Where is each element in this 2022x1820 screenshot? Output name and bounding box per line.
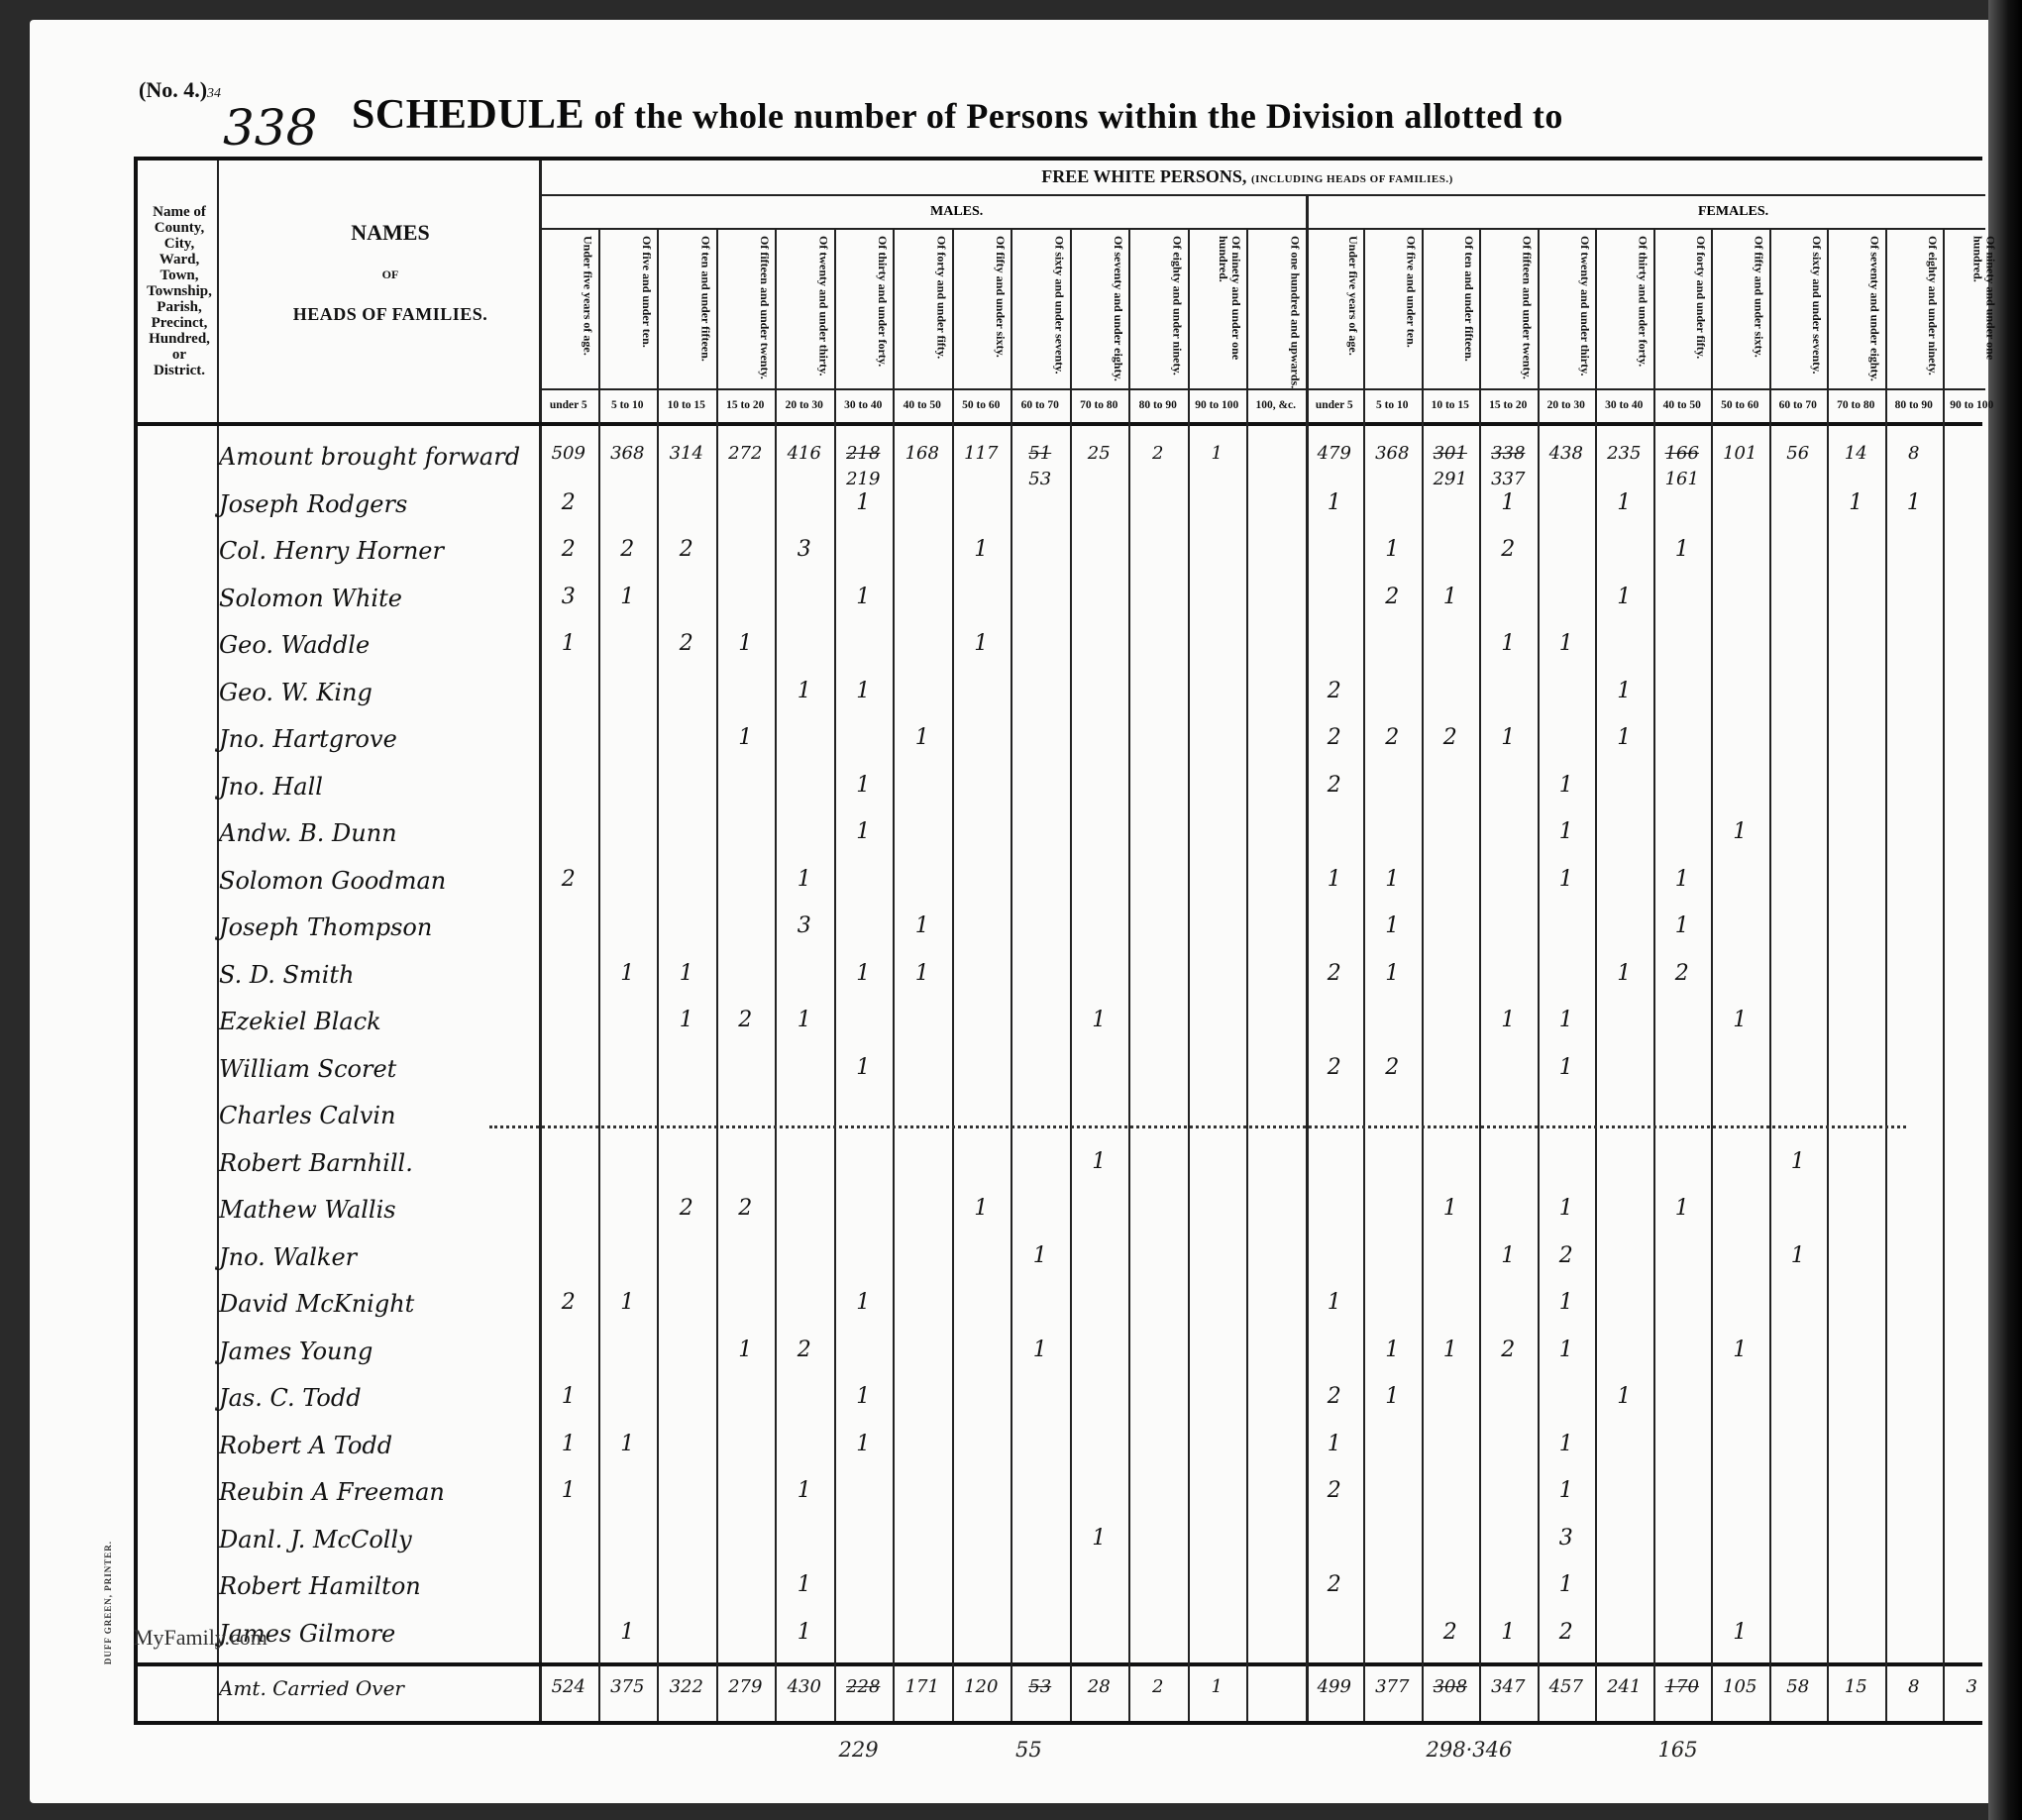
males-column-desc: Of thirty and under forty. [838, 232, 890, 392]
females-count-cell: 1 [1827, 490, 1885, 515]
head-of-family-name: Robert Barnhill. [219, 1149, 413, 1177]
head-of-family-name: Reubin A Freeman [219, 1478, 445, 1506]
females-count-cell: 166 [1653, 443, 1712, 464]
males-count-cell: 1 [775, 867, 834, 892]
head-of-family-name: Geo. Waddle [219, 631, 370, 659]
males-count-cell: 1 [834, 679, 894, 703]
males-count-cell: 1 [539, 1384, 598, 1409]
males-count-cell: 218 [834, 443, 894, 464]
males-column-desc: Of fifteen and under twenty. [720, 232, 772, 392]
females-column-desc: Of sixty and under seventy. [1773, 232, 1824, 392]
females-column-desc: Of ninety and under one hundred. [1947, 232, 1997, 392]
males-count-cell: 1 [893, 961, 952, 986]
head-of-family-name: S. D. Smith [219, 961, 354, 989]
females-column-desc: Of fifty and under sixty. [1715, 232, 1765, 392]
males-total-cell: 375 [598, 1676, 658, 1697]
males-column-desc: Of eighty and under ninety. [1132, 232, 1184, 392]
free-white-persons-header: FREE WHITE PERSONS, (INCLUDING HEADS OF … [534, 166, 1961, 187]
females-count-cell: 1 [1885, 490, 1944, 515]
females-column-desc: Of forty and under fifty. [1657, 232, 1708, 392]
males-count-cell: 1 [598, 1432, 658, 1456]
females-column-desc: Of fifteen and under twenty. [1483, 232, 1534, 392]
females-count-cell: 1 [1711, 1338, 1769, 1362]
males-count-cell: 2 [539, 867, 598, 892]
head-of-family-name: Andw. B. Dunn [219, 819, 397, 847]
females-count-cell: 1 [1479, 1008, 1538, 1032]
head-of-family-name: David McKnight [219, 1290, 414, 1318]
head-of-family-name: Danl. J. McColly [219, 1526, 412, 1553]
males-count-cell: 2 [539, 537, 598, 562]
males-count-cell: 1 [834, 773, 894, 798]
males-count-cell: 272 [716, 443, 776, 464]
females-count-cell: 56 [1769, 443, 1828, 464]
females-count-cell: 1 [1538, 1478, 1596, 1503]
females-count-cell: 1 [1479, 725, 1538, 750]
females-age-range: 30 to 40 [1595, 390, 1653, 420]
males-column-desc: Of ninety and under one hundred. [1192, 232, 1243, 392]
females-age-range: 15 to 20 [1479, 390, 1538, 420]
females-count-cell: 1 [1538, 1055, 1596, 1080]
males-count-cell: 2 [657, 631, 716, 656]
males-age-range: under 5 [539, 390, 598, 420]
females-count-cell: 368 [1363, 443, 1422, 464]
females-count-cell: 2 [1422, 725, 1480, 750]
column-divider [1246, 228, 1248, 1721]
males-count-cell: 1 [539, 1432, 598, 1456]
males-count-cell: 1 [834, 1432, 894, 1456]
amount-carried-over-label: Amt. Carried Over [219, 1676, 404, 1700]
males-total-cell: 1 [1188, 1676, 1247, 1697]
females-count-cell: 1 [1595, 585, 1653, 609]
head-of-family-name: Jno. Walker [219, 1243, 357, 1271]
females-age-range: 20 to 30 [1538, 390, 1596, 420]
males-count-cell: 1 [834, 490, 894, 515]
males-count-cell: 2 [598, 537, 658, 562]
females-age-range: 70 to 80 [1827, 390, 1885, 420]
females-age-range: 90 to 100 [1943, 390, 2001, 420]
males-count-cell: 2 [657, 537, 716, 562]
males-count-cell: 2 [716, 1196, 776, 1221]
males-count-cell: 1 [539, 631, 598, 656]
head-of-family-name: Joseph Thompson [219, 913, 432, 941]
column-divider [1943, 228, 1945, 1721]
head-of-family-name: Jno. Hall [219, 773, 323, 801]
males-count-cell: 368 [598, 443, 658, 464]
females-age-range: under 5 [1306, 390, 1364, 420]
males-age-range: 15 to 20 [716, 390, 776, 420]
males-count-cell: 1 [834, 961, 894, 986]
corrected-total: 219 [834, 469, 894, 489]
males-count-cell: 1 [775, 1478, 834, 1503]
page-number: 338 [223, 99, 317, 157]
females-count-cell: 1 [1653, 537, 1712, 562]
head-of-family-name: Robert A Todd [219, 1432, 392, 1459]
females-count-cell: 1 [1711, 1620, 1769, 1645]
females-column-desc: Of thirty and under forty. [1599, 232, 1650, 392]
females-count-cell: 2 [1479, 537, 1538, 562]
males-total-cell: 53 [1011, 1676, 1070, 1697]
males-count-cell: 509 [539, 443, 598, 464]
males-count-cell: 1 [657, 961, 716, 986]
females-count-cell: 338 [1479, 443, 1538, 464]
corrected-total: 337 [1479, 469, 1538, 489]
males-column-desc: Of ten and under fifteen. [661, 232, 712, 392]
head-of-family-name: Robert Hamilton [219, 1572, 421, 1600]
males-column-desc: Under five years of age. [543, 232, 594, 392]
males-count-cell: 1 [1070, 1149, 1129, 1174]
page-title: SCHEDULE of the whole number of Persons … [352, 91, 1563, 139]
females-age-range: 50 to 60 [1711, 390, 1769, 420]
males-count-cell: 1 [598, 1290, 658, 1315]
males-column-desc: Of forty and under fifty. [897, 232, 948, 392]
males-count-cell: 2 [657, 1196, 716, 1221]
males-total-cell: 228 [834, 1676, 894, 1697]
males-count-cell: 1 [716, 1338, 776, 1362]
corrected-total-below: 55 [1015, 1738, 1042, 1762]
males-age-range: 90 to 100 [1188, 390, 1247, 420]
head-of-family-name: Charles Calvin [219, 1102, 395, 1129]
males-count-cell: 1 [834, 585, 894, 609]
males-count-cell: 2 [539, 490, 598, 515]
males-count-cell: 1 [539, 1478, 598, 1503]
females-count-cell: 2 [1538, 1243, 1596, 1268]
females-count-cell: 1 [1306, 490, 1364, 515]
males-count-cell: 416 [775, 443, 834, 464]
males-count-cell: 1 [834, 1290, 894, 1315]
females-total-cell: 308 [1422, 1676, 1480, 1697]
watermark: MyFamily.com [134, 1625, 267, 1651]
females-count-cell: 2 [1306, 1478, 1364, 1503]
males-count-cell: 1 [598, 585, 658, 609]
females-count-cell: 1 [1595, 679, 1653, 703]
males-total-cell: 28 [1070, 1676, 1129, 1697]
females-count-cell: 2 [1306, 1572, 1364, 1597]
females-count-cell: 1 [1595, 961, 1653, 986]
females-count-cell: 301 [1422, 443, 1480, 464]
census-table: Name of County, City, Ward, Town, Townsh… [134, 157, 1982, 1725]
head-of-family-name: Solomon White [219, 585, 402, 612]
males-column-desc: Of twenty and under thirty. [779, 232, 830, 392]
females-count-cell: 1 [1363, 867, 1422, 892]
females-count-cell: 1 [1538, 773, 1596, 798]
males-column-desc: Of seventy and under eighty. [1074, 232, 1125, 392]
females-total-cell: 8 [1885, 1676, 1944, 1697]
males-header: MALES. [930, 204, 983, 220]
males-age-range: 70 to 80 [1070, 390, 1129, 420]
printer-imprint: DUFF GREEN, PRINTER. [103, 1541, 113, 1664]
head-of-family-name: Solomon Goodman [219, 867, 446, 895]
header-bottom-rule [138, 422, 1982, 426]
females-count-cell: 2 [1306, 773, 1364, 798]
males-age-range: 60 to 70 [1011, 390, 1070, 420]
females-count-cell: 2 [1363, 1055, 1422, 1080]
males-total-cell: 322 [657, 1676, 716, 1697]
females-count-cell: 1 [1538, 1338, 1596, 1362]
females-count-cell: 14 [1827, 443, 1885, 464]
females-count-cell: 1 [1306, 1432, 1364, 1456]
females-count-cell: 1 [1363, 913, 1422, 938]
females-total-cell: 3 [1943, 1676, 2001, 1697]
head-of-family-name: Jno. Hartgrove [219, 725, 397, 753]
females-total-cell: 105 [1711, 1676, 1769, 1697]
females-count-cell: 8 [1885, 443, 1944, 464]
males-age-range: 30 to 40 [834, 390, 894, 420]
females-count-cell: 2 [1306, 961, 1364, 986]
head-of-family-name: Geo. W. King [219, 679, 372, 706]
females-count-cell: 1 [1363, 537, 1422, 562]
females-count-cell: 101 [1711, 443, 1769, 464]
females-count-cell: 1 [1479, 1620, 1538, 1645]
females-count-cell: 438 [1538, 443, 1596, 464]
females-total-cell: 457 [1538, 1676, 1596, 1697]
males-total-cell: 120 [952, 1676, 1011, 1697]
females-count-cell: 1 [1422, 585, 1480, 609]
females-total-cell: 15 [1827, 1676, 1885, 1697]
females-count-cell: 1 [1538, 1572, 1596, 1597]
females-count-cell: 2 [1306, 1384, 1364, 1409]
females-age-range: 10 to 15 [1422, 390, 1480, 420]
males-count-cell: 168 [893, 443, 952, 464]
females-total-cell: 58 [1769, 1676, 1828, 1697]
head-of-family-name: Col. Henry Horner [219, 537, 444, 565]
males-count-cell: 1 [893, 725, 952, 750]
males-count-cell: 2 [539, 1290, 598, 1315]
males-age-range: 80 to 90 [1128, 390, 1188, 420]
males-count-cell: 25 [1070, 443, 1129, 464]
females-age-range: 5 to 10 [1363, 390, 1422, 420]
females-count-cell: 1 [1479, 1243, 1538, 1268]
males-count-cell: 1 [657, 1008, 716, 1032]
females-count-cell: 479 [1306, 443, 1364, 464]
males-count-cell: 3 [539, 585, 598, 609]
males-count-cell: 1 [834, 819, 894, 844]
males-age-range: 20 to 30 [775, 390, 834, 420]
head-of-family-name: William Scoret [219, 1055, 396, 1083]
females-count-cell: 1 [1653, 913, 1712, 938]
females-total-cell: 170 [1653, 1676, 1712, 1697]
males-column-desc: Of fifty and under sixty. [956, 232, 1008, 392]
females-column-desc: Of ten and under fifteen. [1426, 232, 1476, 392]
males-total-cell: 2 [1128, 1676, 1188, 1697]
females-count-cell: 2 [1306, 1055, 1364, 1080]
corrected-total-below: 298·346 [1427, 1738, 1513, 1762]
males-count-cell: 1 [1070, 1008, 1129, 1032]
females-count-cell: 1 [1653, 867, 1712, 892]
males-count-cell: 1 [1188, 443, 1247, 464]
males-count-cell: 1 [598, 961, 658, 986]
names-column-header: NAMES OF HEADS OF FAMILIES. [227, 220, 554, 325]
females-count-cell: 2 [1479, 1338, 1538, 1362]
males-count-cell: 2 [716, 1008, 776, 1032]
head-of-family-name: Mathew Wallis [219, 1196, 396, 1224]
males-column-desc: Of sixty and under seventy. [1014, 232, 1066, 392]
males-age-range: 10 to 15 [657, 390, 716, 420]
dotted-fill-line [489, 1125, 1906, 1128]
males-count-cell: 1 [952, 1196, 1011, 1221]
females-count-cell: 1 [1653, 1196, 1712, 1221]
district-column-header: Name of County, City, Ward, Town, Townsh… [146, 204, 213, 378]
females-age-range: 40 to 50 [1653, 390, 1712, 420]
females-count-cell: 1 [1422, 1338, 1480, 1362]
males-total-cell: 279 [716, 1676, 776, 1697]
females-column-desc: Of twenty and under thirty. [1542, 232, 1592, 392]
females-count-cell: 2 [1422, 1620, 1480, 1645]
females-total-cell: 241 [1595, 1676, 1653, 1697]
form-number: (No. 4.)34 [139, 77, 221, 103]
totals-top-rule [138, 1662, 1982, 1666]
corrected-total-below: 165 [1658, 1738, 1698, 1762]
males-total-cell: 524 [539, 1676, 598, 1697]
males-count-cell: 3 [775, 537, 834, 562]
females-count-cell: 1 [1363, 1338, 1422, 1362]
females-count-cell: 2 [1306, 725, 1364, 750]
males-count-cell: 1 [775, 1620, 834, 1645]
females-count-cell: 1 [1479, 490, 1538, 515]
females-header: FEMALES. [1698, 204, 1768, 220]
males-count-cell: 2 [775, 1338, 834, 1362]
females-count-cell: 1 [1479, 631, 1538, 656]
females-count-cell: 1 [1363, 1384, 1422, 1409]
males-count-cell: 1 [716, 725, 776, 750]
females-count-cell: 1 [1595, 1384, 1653, 1409]
males-count-cell: 1 [834, 1384, 894, 1409]
females-total-cell: 499 [1306, 1676, 1364, 1697]
females-age-range: 60 to 70 [1769, 390, 1828, 420]
females-count-cell: 1 [1595, 725, 1653, 750]
females-count-cell: 2 [1363, 725, 1422, 750]
males-count-cell: 1 [952, 631, 1011, 656]
females-column-desc: Of five and under ten. [1367, 232, 1418, 392]
males-count-cell: 1 [893, 913, 952, 938]
males-total-cell: 430 [775, 1676, 834, 1697]
males-count-cell: 1 [775, 679, 834, 703]
females-count-cell: 1 [1363, 961, 1422, 986]
males-count-cell: 51 [1011, 443, 1070, 464]
males-count-cell: 1 [775, 1008, 834, 1032]
amount-brought-forward-label: Amount brought forward [219, 443, 520, 471]
corrected-total: 291 [1422, 469, 1480, 489]
females-count-cell: 1 [1538, 819, 1596, 844]
males-column-desc: Of one hundred and upwards. [1250, 232, 1302, 392]
males-count-cell: 314 [657, 443, 716, 464]
males-age-range: 5 to 10 [598, 390, 658, 420]
males-age-range: 40 to 50 [893, 390, 952, 420]
head-of-family-name: Jas. C. Todd [219, 1384, 362, 1412]
females-count-cell: 1 [1538, 1290, 1596, 1315]
males-count-cell: 1 [775, 1572, 834, 1597]
females-count-cell: 1 [1711, 819, 1769, 844]
females-count-cell: 1 [1538, 867, 1596, 892]
females-count-cell: 2 [1306, 679, 1364, 703]
females-count-cell: 2 [1363, 585, 1422, 609]
females-count-cell: 1 [1711, 1008, 1769, 1032]
males-count-cell: 1 [1011, 1338, 1070, 1362]
females-count-cell: 1 [1769, 1149, 1828, 1174]
head-of-family-name: Ezekiel Black [219, 1008, 381, 1035]
males-count-cell: 1 [716, 631, 776, 656]
header-divider [539, 194, 1985, 196]
males-count-cell: 1 [598, 1620, 658, 1645]
females-total-cell: 347 [1479, 1676, 1538, 1697]
males-count-cell: 1 [1070, 1526, 1129, 1551]
females-count-cell: 1 [1538, 1008, 1596, 1032]
males-count-cell: 1 [1011, 1243, 1070, 1268]
corrected-total: 161 [1653, 469, 1712, 489]
females-count-cell: 1 [1306, 867, 1364, 892]
head-of-family-name: James Young [219, 1338, 372, 1365]
females-count-cell: 2 [1653, 961, 1712, 986]
males-count-cell: 1 [834, 1055, 894, 1080]
females-column-desc: Of eighty and under ninety. [1889, 232, 1940, 392]
males-column-desc: Of five and under ten. [602, 232, 654, 392]
males-count-cell: 1 [952, 537, 1011, 562]
females-total-cell: 377 [1363, 1676, 1422, 1697]
males-age-range: 100, &c. [1246, 390, 1306, 420]
head-of-family-name: Joseph Rodgers [219, 490, 407, 518]
females-count-cell: 2 [1538, 1620, 1596, 1645]
males-count-cell: 117 [952, 443, 1011, 464]
males-count-cell: 2 [1128, 443, 1188, 464]
females-count-cell: 235 [1595, 443, 1653, 464]
males-age-range: 50 to 60 [952, 390, 1011, 420]
males-count-cell: 3 [775, 913, 834, 938]
females-count-cell: 1 [1538, 1432, 1596, 1456]
females-age-range: 80 to 90 [1885, 390, 1944, 420]
males-total-cell: 171 [893, 1676, 952, 1697]
corrected-total: 53 [1011, 469, 1070, 489]
females-count-cell: 1 [1769, 1243, 1828, 1268]
females-count-cell: 1 [1595, 490, 1653, 515]
corrected-total-below: 229 [839, 1738, 879, 1762]
females-count-cell: 1 [1422, 1196, 1480, 1221]
females-count-cell: 3 [1538, 1526, 1596, 1551]
females-column-desc: Under five years of age. [1310, 232, 1360, 392]
females-count-cell: 1 [1538, 1196, 1596, 1221]
females-count-cell: 1 [1538, 631, 1596, 656]
females-count-cell: 1 [1306, 1290, 1364, 1315]
females-column-desc: Of seventy and under eighty. [1831, 232, 1881, 392]
